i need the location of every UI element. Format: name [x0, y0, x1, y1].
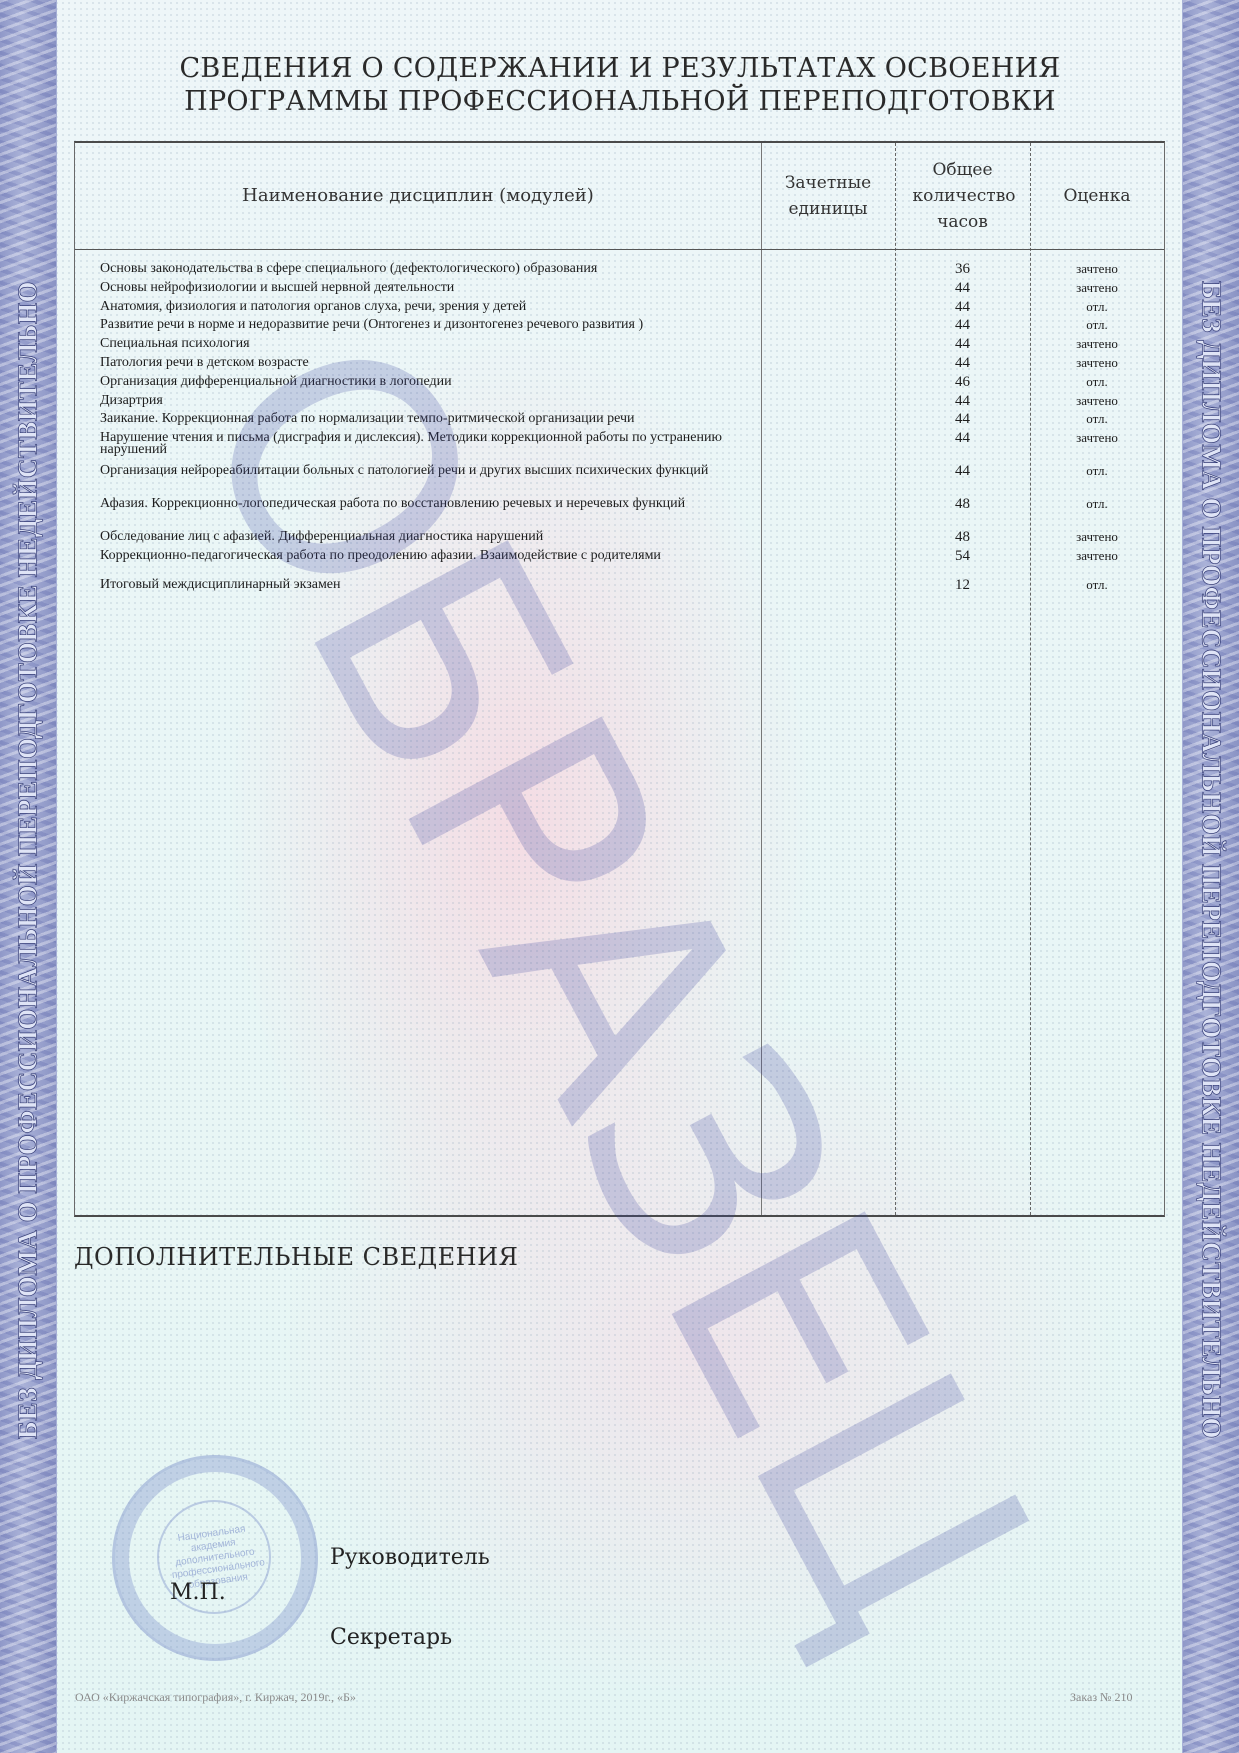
stamp-place-label: М.П.: [170, 1580, 226, 1605]
discipline-grade: отл.: [1030, 301, 1164, 313]
disciplines-table: Наименование дисциплин (модулей) Зачетны…: [74, 141, 1165, 1217]
discipline-grade: отл.: [1030, 498, 1164, 510]
discipline-hours: 44: [895, 413, 1030, 425]
discipline-name: Афазия. Коррекционно-логопедическая рабо…: [100, 498, 740, 510]
discipline-grade: отл.: [1030, 579, 1164, 591]
discipline-name: Основы нейрофизиологии и высшей нервной …: [100, 282, 740, 294]
discipline-grade: зачтено: [1030, 282, 1164, 294]
discipline-grade: зачтено: [1030, 357, 1164, 369]
left-security-band: БЕЗ ДИПЛОМА О ПРОФЕССИОНАЛЬНОЙ ПЕРЕПОДГО…: [0, 0, 57, 1753]
official-stamp: Национальная академия дополнительного пр…: [112, 1455, 318, 1661]
discipline-hours: 36: [895, 263, 1030, 275]
discipline-hours: 48: [895, 498, 1030, 510]
discipline-hours: 44: [895, 395, 1030, 407]
title-line-1: СВЕДЕНИЯ О СОДЕРЖАНИИ И РЕЗУЛЬТАТАХ ОСВО…: [120, 52, 1120, 85]
discipline-name: Нарушение чтения и письма (дисграфия и д…: [100, 432, 740, 456]
discipline-grade: отл.: [1030, 376, 1164, 388]
discipline-hours: 44: [895, 432, 1030, 444]
header-discipline-name: Наименование дисциплин (модулей): [75, 143, 761, 249]
discipline-hours: 44: [895, 282, 1030, 294]
discipline-grade: отл.: [1030, 465, 1164, 477]
header-grade: Оценка: [1030, 143, 1164, 249]
discipline-hours: 54: [895, 550, 1030, 562]
title-line-2: ПРОГРАММЫ ПРОФЕССИОНАЛЬНОЙ ПЕРЕПОДГОТОВК…: [120, 85, 1120, 118]
discipline-name: Развитие речи в норме и недоразвитие реч…: [100, 319, 740, 331]
discipline-name: Анатомия, физиология и патология органов…: [100, 301, 740, 313]
discipline-name: Специальная психология: [100, 338, 740, 350]
discipline-hours: 44: [895, 338, 1030, 350]
discipline-grade: зачтено: [1030, 531, 1164, 543]
column-divider: [761, 143, 762, 1215]
discipline-grade: зачтено: [1030, 550, 1164, 562]
left-band-text: БЕЗ ДИПЛОМА О ПРОФЕССИОНАЛЬНОЙ ПЕРЕПОДГО…: [13, 281, 44, 1439]
page-title: СВЕДЕНИЯ О СОДЕРЖАНИИ И РЕЗУЛЬТАТАХ ОСВО…: [120, 52, 1120, 118]
discipline-name: Обследование лиц с афазией. Дифференциал…: [100, 531, 740, 543]
discipline-name: Итоговый междисциплинарный экзамен: [100, 579, 740, 591]
header-credits: Зачетные единицы: [761, 143, 895, 249]
discipline-hours: 46: [895, 376, 1030, 388]
discipline-hours: 48: [895, 531, 1030, 543]
secretary-signature-label: Секретарь: [330, 1625, 452, 1650]
discipline-grade: зачтено: [1030, 395, 1164, 407]
discipline-grade: зачтено: [1030, 338, 1164, 350]
discipline-name: Основы законодательства в сфере специаль…: [100, 263, 740, 275]
printer-info: ОАО «Киржачская типография», г. Киржач, …: [75, 1690, 356, 1705]
discipline-hours: 44: [895, 465, 1030, 477]
discipline-name: Заикание. Коррекционная работа по нормал…: [100, 413, 740, 425]
discipline-name: Патология речи в детском возрасте: [100, 357, 740, 369]
discipline-hours: 44: [895, 357, 1030, 369]
discipline-grade: зачтено: [1030, 432, 1164, 444]
head-signature-label: Руководитель: [330, 1545, 490, 1570]
header-divider: [75, 249, 1164, 250]
header-hours: Общее количество часов: [895, 143, 1030, 249]
additional-info-heading: ДОПОЛНИТЕЛЬНЫЕ СВЕДЕНИЯ: [74, 1243, 518, 1271]
discipline-grade: отл.: [1030, 319, 1164, 331]
discipline-hours: 44: [895, 319, 1030, 331]
discipline-grade: зачтено: [1030, 263, 1164, 275]
right-security-band: БЕЗ ДИПЛОМА О ПРОФЕССИОНАЛЬНОЙ ПЕРЕПОДГО…: [1182, 0, 1239, 1753]
discipline-name: Коррекционно-педагогическая работа по пр…: [100, 550, 740, 562]
right-band-text: БЕЗ ДИПЛОМА О ПРОФЕССИОНАЛЬНОЙ ПЕРЕПОДГО…: [1196, 281, 1227, 1439]
discipline-hours: 12: [895, 579, 1030, 591]
discipline-name: Дизартрия: [100, 395, 740, 407]
order-number: Заказ № 210: [1070, 1690, 1133, 1705]
discipline-name: Организация нейрореабилитации больных с …: [100, 465, 740, 477]
discipline-grade: отл.: [1030, 413, 1164, 425]
discipline-name: Организация дифференциальной диагностики…: [100, 376, 740, 388]
discipline-hours: 44: [895, 301, 1030, 313]
